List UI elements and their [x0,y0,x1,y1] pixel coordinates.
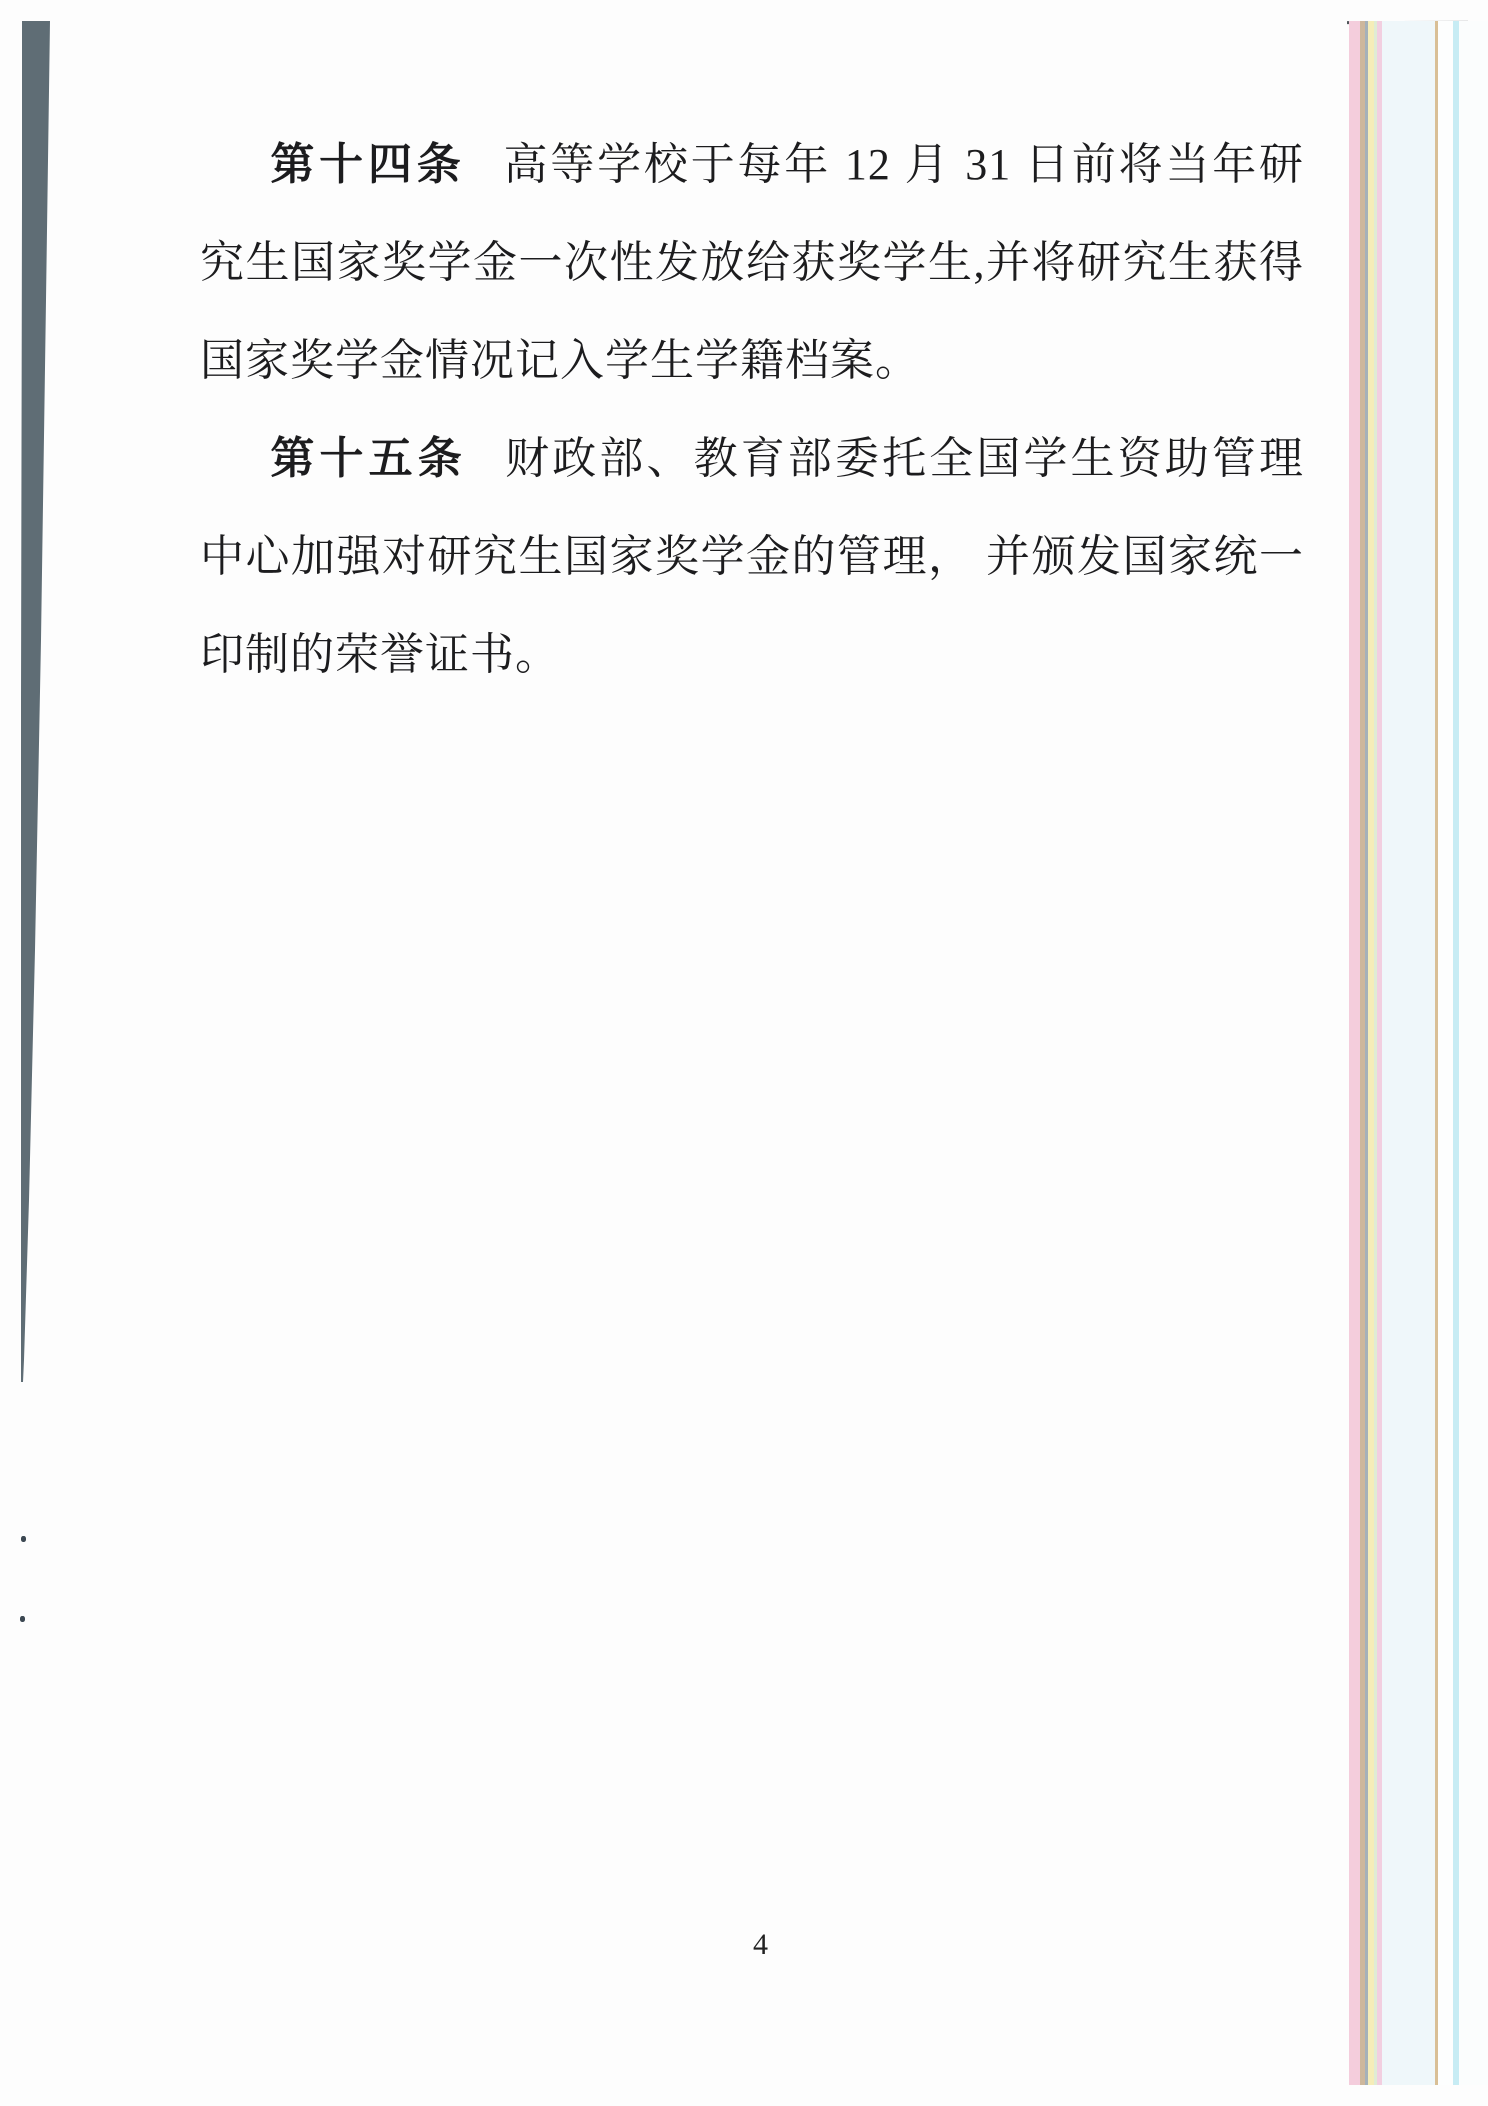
scan-speck [21,1536,26,1542]
white-gap [1438,21,1453,2085]
scan-speck [20,1616,25,1622]
document-body: 第十四条 高等学校于每年 12 月 31 日前将当年研究生国家奖学金一次性发放给… [200,116,1304,704]
article-15-label: 第十五条 [270,434,466,483]
outer-white [1459,21,1488,2085]
pale-cyan-sheet [1382,21,1435,2085]
paragraph-article-14: 第十四条 高等学校于每年 12 月 31 日前将当年研究生国家奖学金一次性发放给… [200,116,1304,410]
paragraph-article-15: 第十五条 财政部、教育部委托全国学生资助管理中心加强对研究生国家奖学金的管理， … [200,410,1304,704]
scanner-shadow-band [0,0,60,1390]
scanned-page: 第十四条 高等学校于每年 12 月 31 日前将当年研究生国家奖学金一次性发放给… [0,0,1488,2106]
page-number: 4 [753,1928,768,1962]
article-14-label: 第十四条 [270,140,465,189]
pink-sheet-edge [1349,21,1360,2085]
